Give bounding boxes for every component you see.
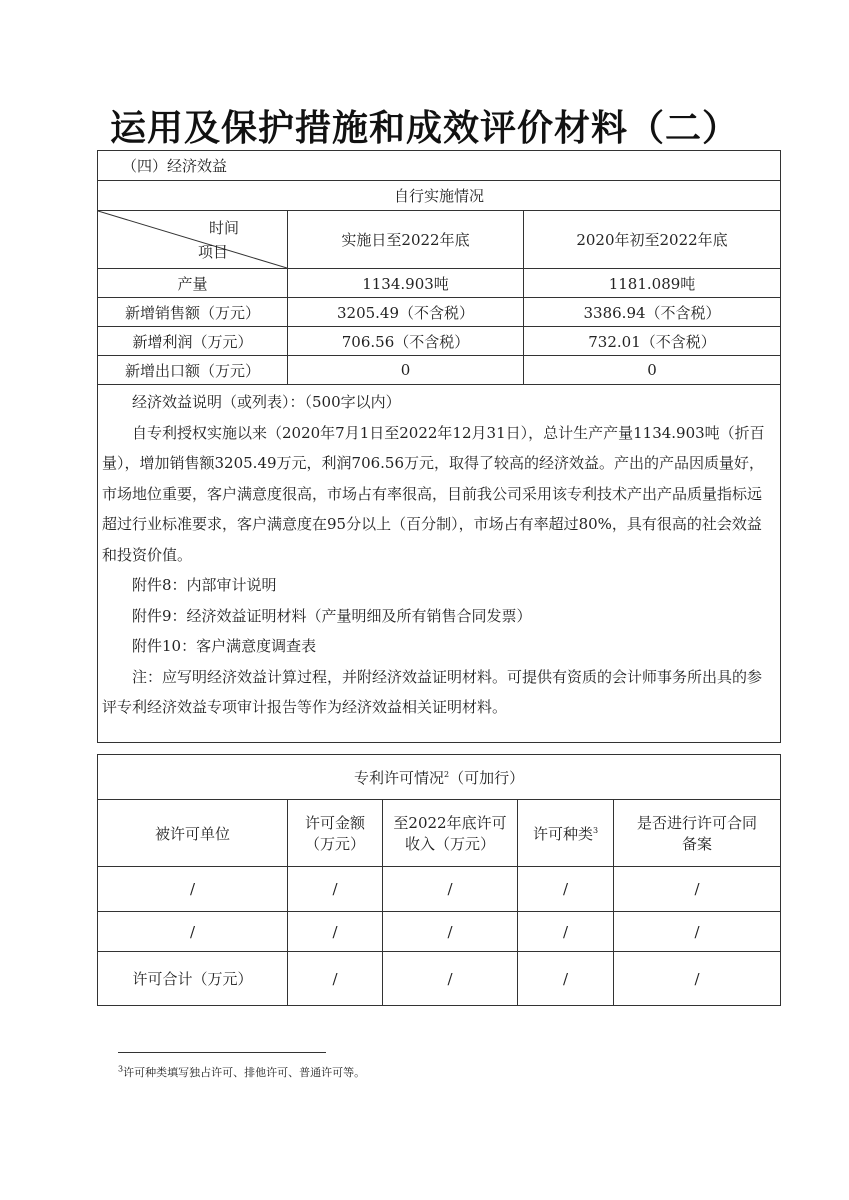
economic-benefit-table: （四）经济效益 自行实施情况 时间 项目 实施日至2022年底 2020年初至2… [97, 150, 781, 743]
cell: 1181.089吨 [524, 269, 781, 298]
license-header: 专利许可情况2（可加行） [98, 755, 781, 800]
cell: / [383, 867, 518, 912]
diag-top-label: 时间 [209, 217, 239, 238]
col-header: 2020年初至2022年底 [524, 211, 781, 269]
cell: / [518, 867, 614, 912]
cell: 许可合计（万元） [98, 952, 288, 1006]
row-label: 新增销售额（万元） [98, 298, 288, 327]
row-label: 新增利润（万元） [98, 327, 288, 356]
cell: / [98, 867, 288, 912]
col-header: 是否进行许可合同备案 [614, 800, 781, 867]
cell: 3205.49（不含税） [288, 298, 524, 327]
cell: / [288, 912, 383, 952]
footnote-divider [118, 1052, 326, 1053]
cell: 706.56（不含税） [288, 327, 524, 356]
row-label: 新增出口额（万元） [98, 356, 288, 385]
cell: 1134.903吨 [288, 269, 524, 298]
cell: / [614, 867, 781, 912]
self-impl-header: 自行实施情况 [98, 181, 781, 211]
page-title: 运用及保护措施和成效评价材料（二） [0, 100, 849, 151]
attachment-9: 附件9：经济效益证明材料（产量明细及所有销售合同发票） [102, 601, 776, 632]
table-row: 许可合计（万元）//// [98, 952, 781, 1006]
cell: / [288, 867, 383, 912]
table-row: 新增出口额（万元） 0 0 [98, 356, 781, 385]
col-header: 实施日至2022年底 [288, 211, 524, 269]
explanation-heading: 经济效益说明（或列表）：（500字以内） [102, 387, 776, 418]
cell: / [614, 912, 781, 952]
attachment-8: 附件8：内部审计说明 [102, 570, 776, 601]
col-header: 许可金额（万元） [288, 800, 383, 867]
col-header: 至2022年底许可收入（万元） [383, 800, 518, 867]
cell: 732.01（不含税） [524, 327, 781, 356]
explanation-body: 自专利授权实施以来（2020年7月1日至2022年12月31日），总计生产产量1… [102, 418, 776, 571]
license-table: 专利许可情况2（可加行） 被许可单位 许可金额（万元） 至2022年底许可收入（… [97, 754, 781, 1006]
col-header: 被许可单位 [98, 800, 288, 867]
attachment-10: 附件10：客户满意度调查表 [102, 631, 776, 662]
cell: / [288, 952, 383, 1006]
table-row: ///// [98, 867, 781, 912]
diagonal-header-cell: 时间 项目 [98, 211, 288, 269]
cell: 3386.94（不含税） [524, 298, 781, 327]
table-row: 新增销售额（万元） 3205.49（不含税） 3386.94（不含税） [98, 298, 781, 327]
cell: / [614, 952, 781, 1006]
footnote: 3许可种类填写独占许可、排他许可、普通许可等。 [118, 1064, 365, 1080]
cell: / [383, 912, 518, 952]
cell: / [98, 912, 288, 952]
cell: / [518, 912, 614, 952]
cell: / [518, 952, 614, 1006]
diagonal-line [98, 211, 287, 268]
cell: 0 [524, 356, 781, 385]
cell: 0 [288, 356, 524, 385]
cell: / [383, 952, 518, 1006]
section-heading: （四）经济效益 [98, 151, 781, 181]
diag-bottom-label: 项目 [198, 241, 228, 262]
table-row: 新增利润（万元） 706.56（不含税） 732.01（不含税） [98, 327, 781, 356]
explanation-cell: 经济效益说明（或列表）：（500字以内） 自专利授权实施以来（2020年7月1日… [98, 385, 781, 743]
col-header: 许可种类3 [518, 800, 614, 867]
table-row: 产量 1134.903吨 1181.089吨 [98, 269, 781, 298]
row-label: 产量 [98, 269, 288, 298]
table-row: ///// [98, 912, 781, 952]
note: 注：应写明经济效益计算过程，并附经济效益证明材料。可提供有资质的会计师事务所出具… [102, 662, 776, 723]
